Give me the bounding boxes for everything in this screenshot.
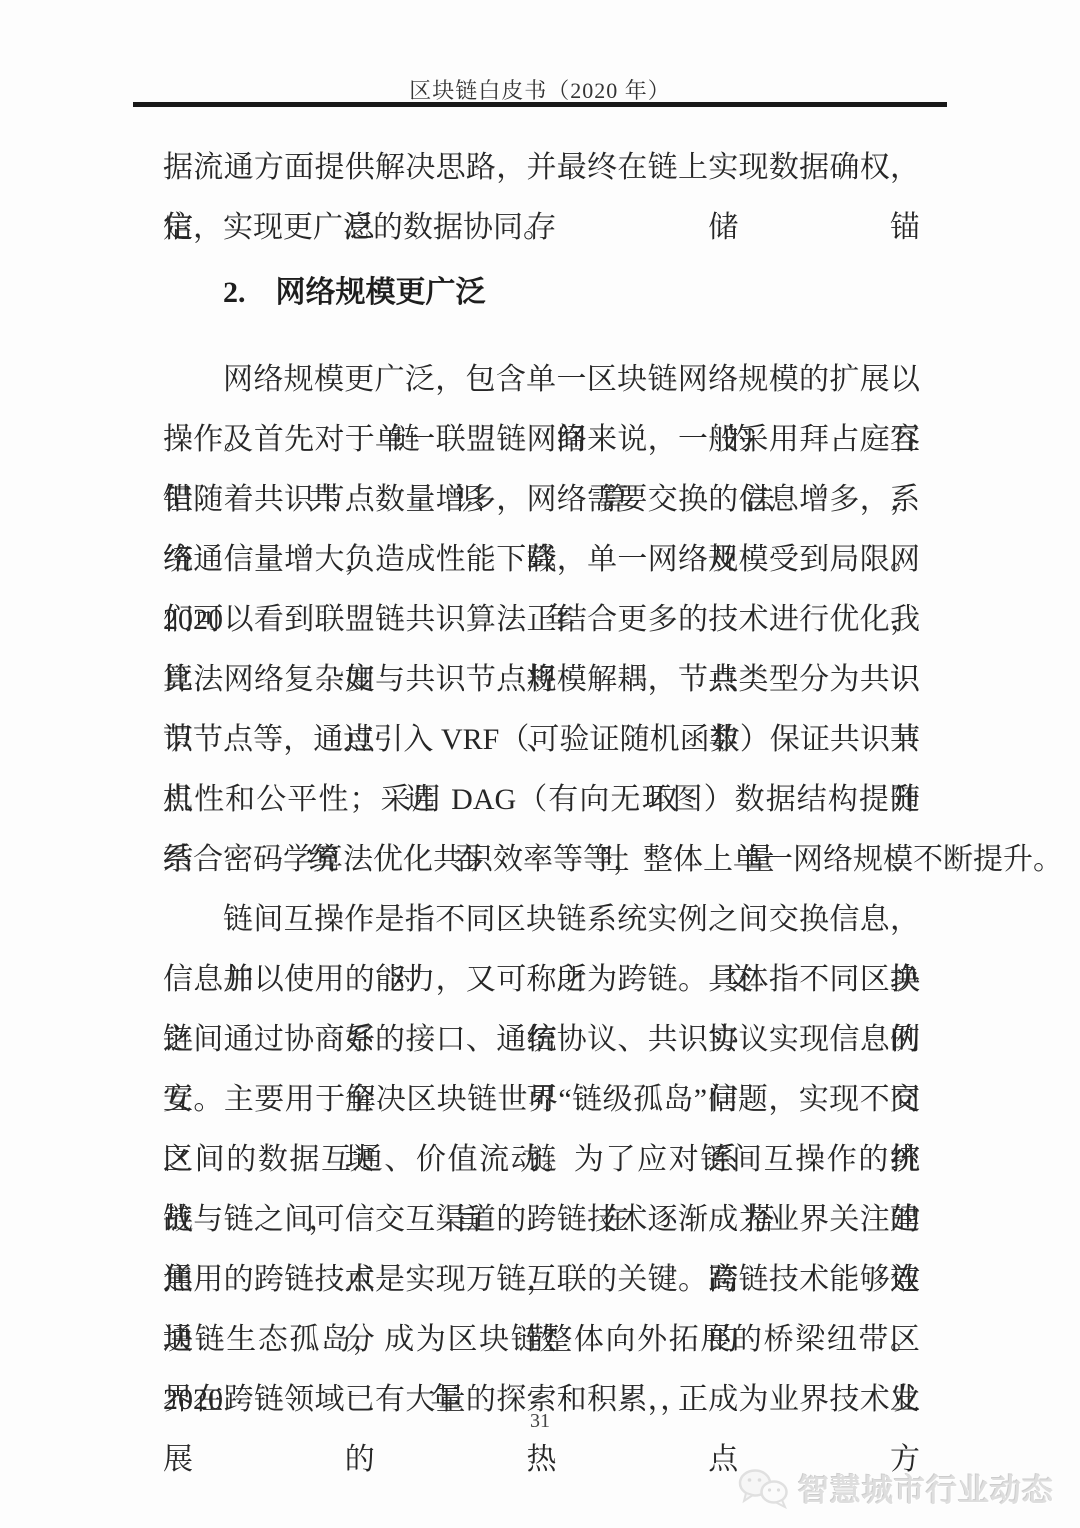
page-header-title: 区块链白皮书（2020 年） [0, 74, 1080, 105]
text-line: 信息加以使用的能力，又可称之为跨链。具体指不同区块链系统实例 [163, 950, 920, 1010]
section-heading: 2. 网络规模更广泛 [163, 263, 920, 323]
text-line: 识节点等，通过引入 VRF（可验证随机函数）保证共识节点选取随 [163, 710, 920, 770]
spacer [163, 323, 920, 350]
text-line: 机性和公平性；采用 DAG（有向无环图）数据结构提升系统吞吐量、 [163, 770, 920, 830]
page-number: 31 [0, 1410, 1080, 1433]
text-line: 操作。首先对于单一联盟链网络来说，一般采用拜占庭容错共识算法， [163, 410, 920, 470]
document-page: 区块链白皮书（2020 年） 据流通方面提供解决思路，并最终在链上实现数据确权，… [0, 0, 1080, 1528]
text-line: 据流通方面提供解决思路，并最终在链上实现数据确权，信息存储锚 [163, 138, 920, 198]
body-text-block: 据流通方面提供解决思路，并最终在链上实现数据确权，信息存储锚 定，实现更广泛的数… [163, 138, 920, 1430]
text-line: 互。主要用于解决区块链世界“链级孤岛”问题，实现不同区块链系统 [163, 1070, 920, 1130]
text-line: 之间通过协商好的接口、通信协议、共识协议实现信息的安全可信交 [163, 1010, 920, 1070]
text-line: 算法网络复杂度与共识节点规模解耦，节点类型分为共识节点、非共 [163, 650, 920, 710]
text-line: 络通信量增大，造成性能下降，单一网络规模受到局限。2020 年我 [163, 530, 920, 590]
text-line: 链间互操作是指不同区块链系统实例之间交换信息，并对所交换 [163, 890, 920, 950]
text-line: 结合密码学算法优化共识效率等等，整体上单一网络规模不断提升。 [163, 830, 920, 890]
watermark-label: 智慧城市行业动态 [798, 1465, 1054, 1510]
header-rule [133, 102, 947, 107]
text-line: 块链生态孤岛，成为区块链整体向外拓展的桥梁纽带。2020 年，业 [163, 1310, 920, 1370]
text-line: 通用的跨链技术是实现万链互联的关键。跨链技术能够连通分散的区 [163, 1250, 920, 1310]
text-line: 们可以看到联盟链共识算法正结合更多的技术进行优化，比如将共识 [163, 590, 920, 650]
text-line: 但随着共识节点数量增多，网络需要交换的信息增多，系统负载及网 [163, 470, 920, 530]
text-line: 网络规模更广泛，包含单一区块链网络规模的扩展以及链间的互 [163, 350, 920, 410]
text-line: 之间的数据互通、价值流动。为了应对链间互操作的挑战，旨在搭建 [163, 1130, 920, 1190]
text-line: 链与链之间可信交互渠道的跨链技术逐渐成为业界关注的焦点，高效 [163, 1190, 920, 1250]
watermark: 智慧城市行业动态 [738, 1465, 1054, 1510]
wechat-icon [738, 1466, 790, 1510]
